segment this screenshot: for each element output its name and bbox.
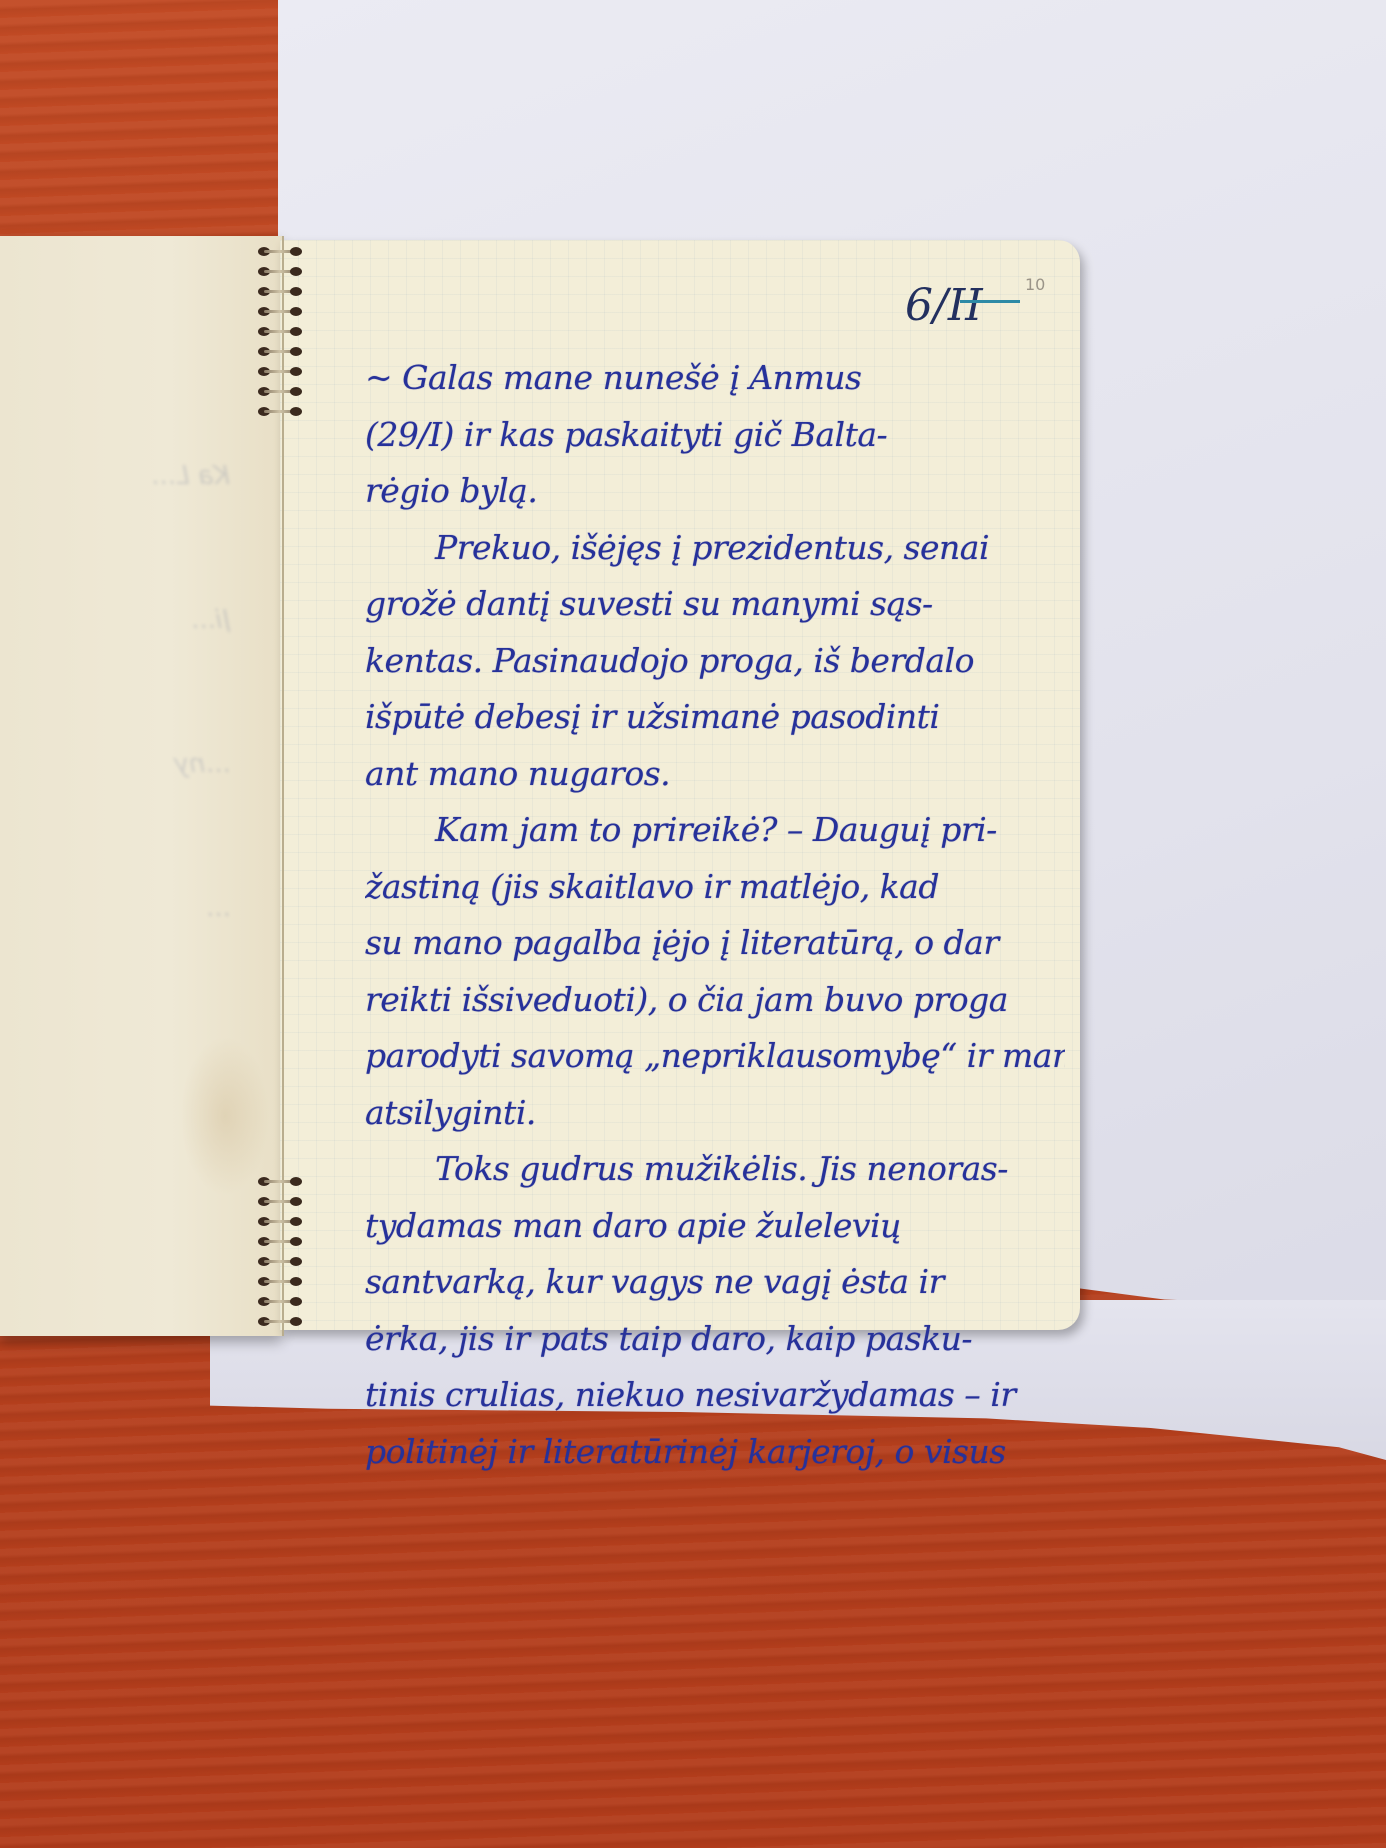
handwritten-line: reikti išsiveduoti), o čia jam buvo prog…	[365, 972, 1065, 1029]
spiral-coil	[256, 326, 304, 337]
left-page-bleed-through: Ka L... Ji... ...ny ... ... ... ... ...	[30, 356, 230, 1056]
spiral-coil	[256, 286, 304, 297]
spiral-coil	[256, 1236, 304, 1247]
handwritten-line: kentas. Pasinaudojo proga, iš berdalo	[365, 633, 1065, 690]
handwritten-line: atsilyginti.	[365, 1085, 1065, 1142]
handwritten-line: Prekuo, išėjęs į prezidentus, senai	[365, 520, 1065, 577]
handwritten-line: ~ Galas mane nunešė į Anmus	[365, 350, 1065, 407]
handwritten-line: Kam jam to prireikė? – Dauguį pri-	[365, 802, 1065, 859]
handwritten-line: išpūtė debesį ir užsimanė pasodinti	[365, 689, 1065, 746]
handwritten-line: Toks gudrus mužikėlis. Jis nenoras-	[365, 1141, 1065, 1198]
spiral-coil	[256, 1176, 304, 1187]
page-number: 10	[1025, 275, 1045, 294]
spiral-coil	[256, 1316, 304, 1327]
handwritten-line: rėgio bylą.	[365, 463, 1065, 520]
handwritten-line: ant mano nugaros.	[365, 746, 1065, 803]
spiral-binding-top	[256, 246, 304, 417]
spiral-coil	[256, 1196, 304, 1207]
handwritten-line: tydamas man daro apie žulelevių	[365, 1198, 1065, 1255]
spiral-coil	[256, 1216, 304, 1227]
paper-stain	[180, 1036, 270, 1196]
spiral-coil	[256, 406, 304, 417]
handwritten-line: grožė dantį suvesti su manymi sąs-	[365, 576, 1065, 633]
bleed-line: Ka L...	[30, 452, 230, 500]
handwritten-line: politinėj ir literatūrinėj karjeroj, o v…	[365, 1424, 1065, 1481]
notebook-left-page: Ka L... Ji... ...ny ... ... ... ... ...	[0, 236, 282, 1336]
bleed-line: ...	[30, 884, 230, 932]
spiral-binding-bottom	[256, 1176, 304, 1327]
handwritten-line: (29/I) ir kas paskaityti gič Balta-	[365, 407, 1065, 464]
bleed-line: ...ny	[30, 740, 230, 788]
handwritten-line: žastiną (jis skaitlavo ir matlėjo, kad	[365, 859, 1065, 916]
spiral-coil	[256, 1276, 304, 1287]
spiral-coil	[256, 1256, 304, 1267]
entry-date-text: 6/II	[905, 280, 983, 331]
date-underline	[960, 300, 1020, 303]
spiral-coil	[256, 386, 304, 397]
spiral-coil	[256, 306, 304, 317]
handwritten-entry: ~ Galas mane nunešė į Anmus (29/I) ir ka…	[365, 350, 1065, 1480]
handwritten-line: parodyti savomą „nepriklausomybę“ ir man	[365, 1028, 1065, 1085]
handwritten-line: tinis crulias, niekuo nesivaržydamas – i…	[365, 1367, 1065, 1424]
spiral-coil	[256, 1296, 304, 1307]
bleed-line: Ji...	[30, 596, 230, 644]
entry-date: 6/II	[905, 280, 983, 331]
spiral-coil	[256, 346, 304, 357]
spiral-coil	[256, 366, 304, 377]
handwritten-line: ėrka, jis ir pats taip daro, kaip pasku-	[365, 1311, 1065, 1368]
spiral-coil	[256, 266, 304, 277]
spiral-coil	[256, 246, 304, 257]
handwritten-line: santvarką, kur vagys ne vagį ėsta ir	[365, 1254, 1065, 1311]
handwritten-line: su mano pagalba įėjo į literatūrą, o dar	[365, 915, 1065, 972]
